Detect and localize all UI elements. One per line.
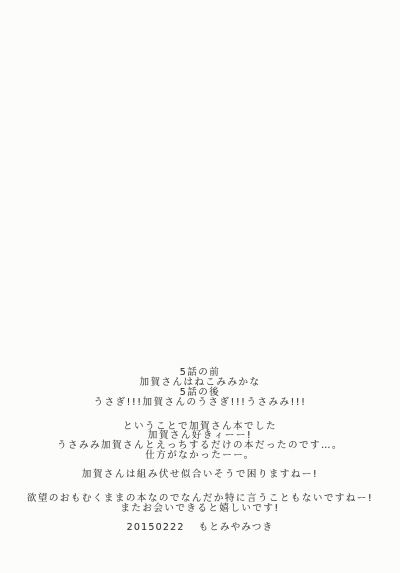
afterword-line-closing-2: またお会いできると嬉しいです! bbox=[0, 504, 400, 514]
afterword-line-usagi: うさぎ!!!加賀さんのうさぎ!!!うさみみ!!! bbox=[0, 398, 400, 408]
spacer bbox=[0, 480, 400, 494]
signoff-date: 20150222 bbox=[127, 522, 185, 533]
signoff-author: もとみやみつき bbox=[199, 522, 274, 533]
afterword-text-block: 5話の前 加賀さんはねこみみかな 5話の後 うさぎ!!!加賀さんのうさぎ!!!う… bbox=[0, 368, 400, 535]
spacer bbox=[0, 408, 400, 422]
afterword-signoff: 20150222もとみやみつき bbox=[0, 523, 400, 535]
afterword-line-comment-4: 仕方がなかったーー。 bbox=[0, 451, 400, 461]
afterword-line-remark: 加賀さんは組み伏せ似合いそうで困りますねー! bbox=[0, 470, 400, 480]
doujinshi-afterword-page: 5話の前 加賀さんはねこみみかな 5話の後 うさぎ!!!加賀さんのうさぎ!!!う… bbox=[0, 0, 400, 573]
